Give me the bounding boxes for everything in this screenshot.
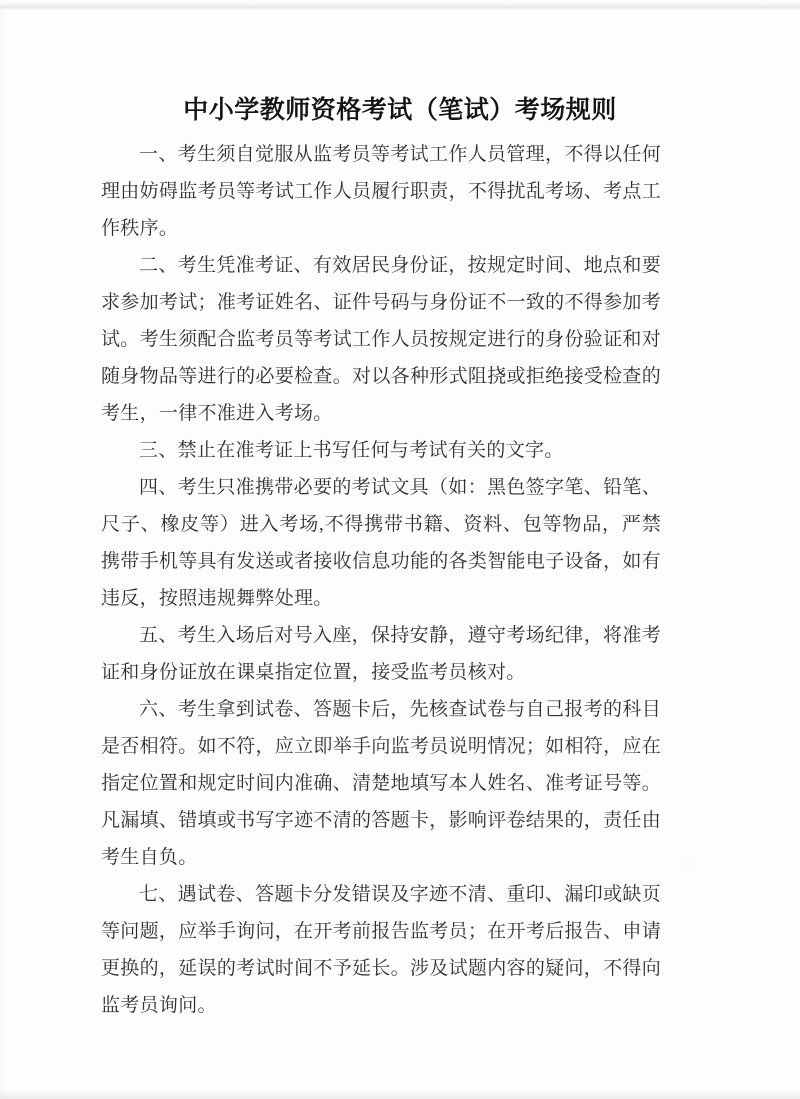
scanned-document-page: 中小学教师资格考试（笔试）考场规则 一、考生须自觉服从监考员等考试工作人员管理，… — [0, 0, 800, 1099]
rule-paragraph-5: 五、考生入场后对号入座，保持安静，遵守考场纪律，将准考证和身份证放在课桌指定位置… — [101, 617, 661, 691]
scan-edge-bottom — [0, 1090, 800, 1099]
rule-paragraph-7: 七、遇试卷、答题卡分发错误及字迹不清、重印、漏印或缺页等问题，应举手询问，在开考… — [101, 876, 661, 1024]
scan-edge-top — [0, 3, 800, 10]
rule-paragraph-3: 三、禁止在准考证上书写任何与考试有关的文字。 — [101, 432, 661, 469]
document-title: 中小学教师资格考试（笔试）考场规则 — [0, 90, 800, 126]
rule-paragraph-4: 四、考生只准携带必要的考试文具（如：黑色签字笔、铅笔、尺子、橡皮等）进入考场,不… — [101, 469, 661, 617]
rule-paragraph-1: 一、考生须自觉服从监考员等考试工作人员管理，不得以任何理由妨碍监考员等考试工作人… — [101, 136, 661, 247]
rule-paragraph-2: 二、考生凭准考证、有效居民身份证，按规定时间、地点和要求参加考试；准考证姓名、证… — [101, 247, 661, 432]
rule-paragraph-6: 六、考生拿到试卷、答题卡后，先核查试卷与自己报考的科目是否相符。如不符，应立即举… — [101, 691, 661, 876]
document-body: 一、考生须自觉服从监考员等考试工作人员管理，不得以任何理由妨碍监考员等考试工作人… — [101, 136, 661, 1024]
